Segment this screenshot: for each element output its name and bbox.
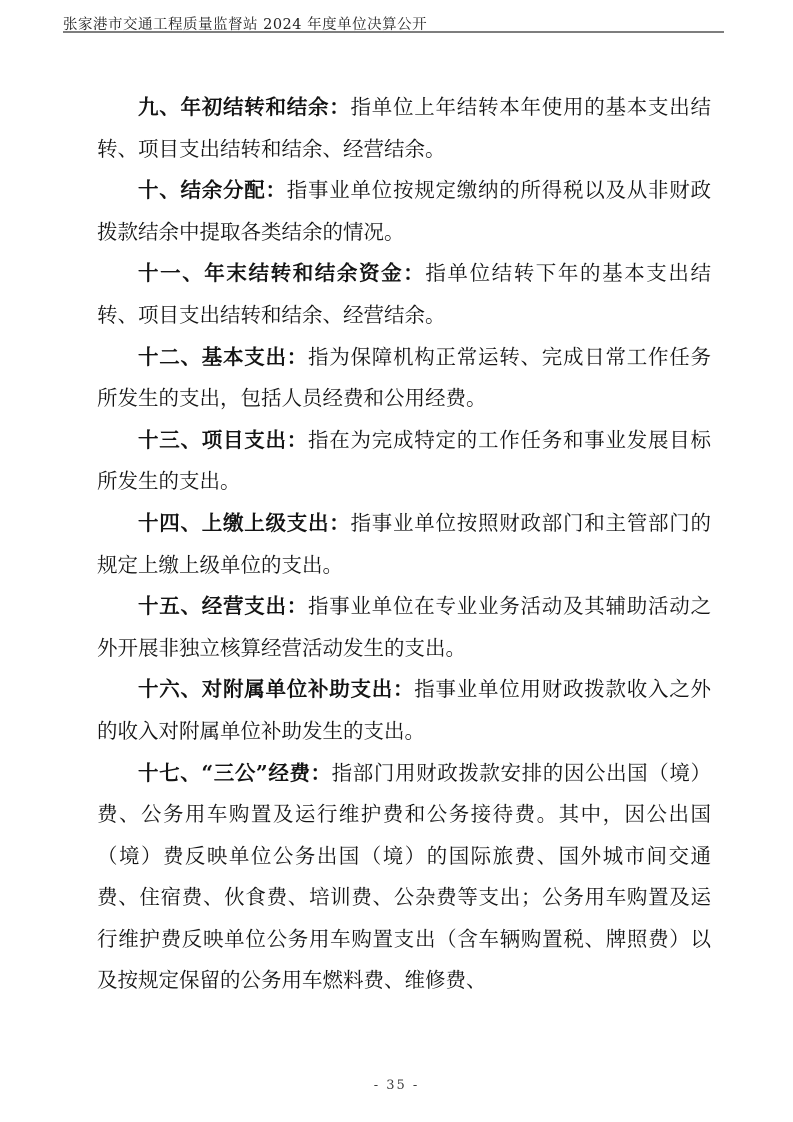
definition-paragraph: 十三、项目支出：指在为完成特定的工作任务和事业发展目标所发生的支出。 <box>97 420 711 503</box>
term-label: 十一、年末结转和结余资金： <box>138 261 425 285</box>
document-body: 九、年初结转和结余：指单位上年结转本年使用的基本支出结转、项目支出结转和结余、经… <box>97 87 711 1002</box>
page-number: - 35 - <box>0 1078 793 1093</box>
definition-text: 指部门用财政拨款安排的因公出国（境）费、公务用车购置及运行维护费和公务接待费。其… <box>97 761 711 993</box>
term-label: 十二、基本支出： <box>138 345 308 369</box>
definition-paragraph: 十一、年末结转和结余资金：指单位结转下年的基本支出结转、项目支出结转和结余、经营… <box>97 253 711 336</box>
term-label: 十三、项目支出： <box>138 428 308 452</box>
term-label: 十七、“三公”经费： <box>138 761 332 785</box>
document-page: 张家港市交通工程质量监督站 2024 年度单位决算公开 九、年初结转和结余：指单… <box>0 0 793 1122</box>
term-label: 九、年初结转和结余： <box>138 95 351 119</box>
definition-paragraph: 十五、经营支出：指事业单位在专业业务活动及其辅助活动之外开展非独立核算经营活动发… <box>97 586 711 669</box>
definition-paragraph: 九、年初结转和结余：指单位上年结转本年使用的基本支出结转、项目支出结转和结余、经… <box>97 87 711 170</box>
definition-paragraph: 十七、“三公”经费：指部门用财政拨款安排的因公出国（境）费、公务用车购置及运行维… <box>97 753 711 1003</box>
definition-paragraph: 十四、上缴上级支出：指事业单位按照财政部门和主管部门的规定上缴上级单位的支出。 <box>97 503 711 586</box>
definition-paragraph: 十六、对附属单位补助支出：指事业单位用财政拨款收入之外的收入对附属单位补助发生的… <box>97 669 711 752</box>
term-label: 十六、对附属单位补助支出： <box>138 677 414 701</box>
header-divider-rule <box>63 31 724 33</box>
term-label: 十、结余分配： <box>138 178 287 202</box>
term-label: 十四、上缴上级支出： <box>138 511 351 535</box>
term-label: 十五、经营支出： <box>138 594 308 618</box>
definition-paragraph: 十、结余分配：指事业单位按规定缴纳的所得税以及从非财政拨款结余中提取各类结余的情… <box>97 170 711 253</box>
definition-paragraph: 十二、基本支出：指为保障机构正常运转、完成日常工作任务所发生的支出，包括人员经费… <box>97 337 711 420</box>
